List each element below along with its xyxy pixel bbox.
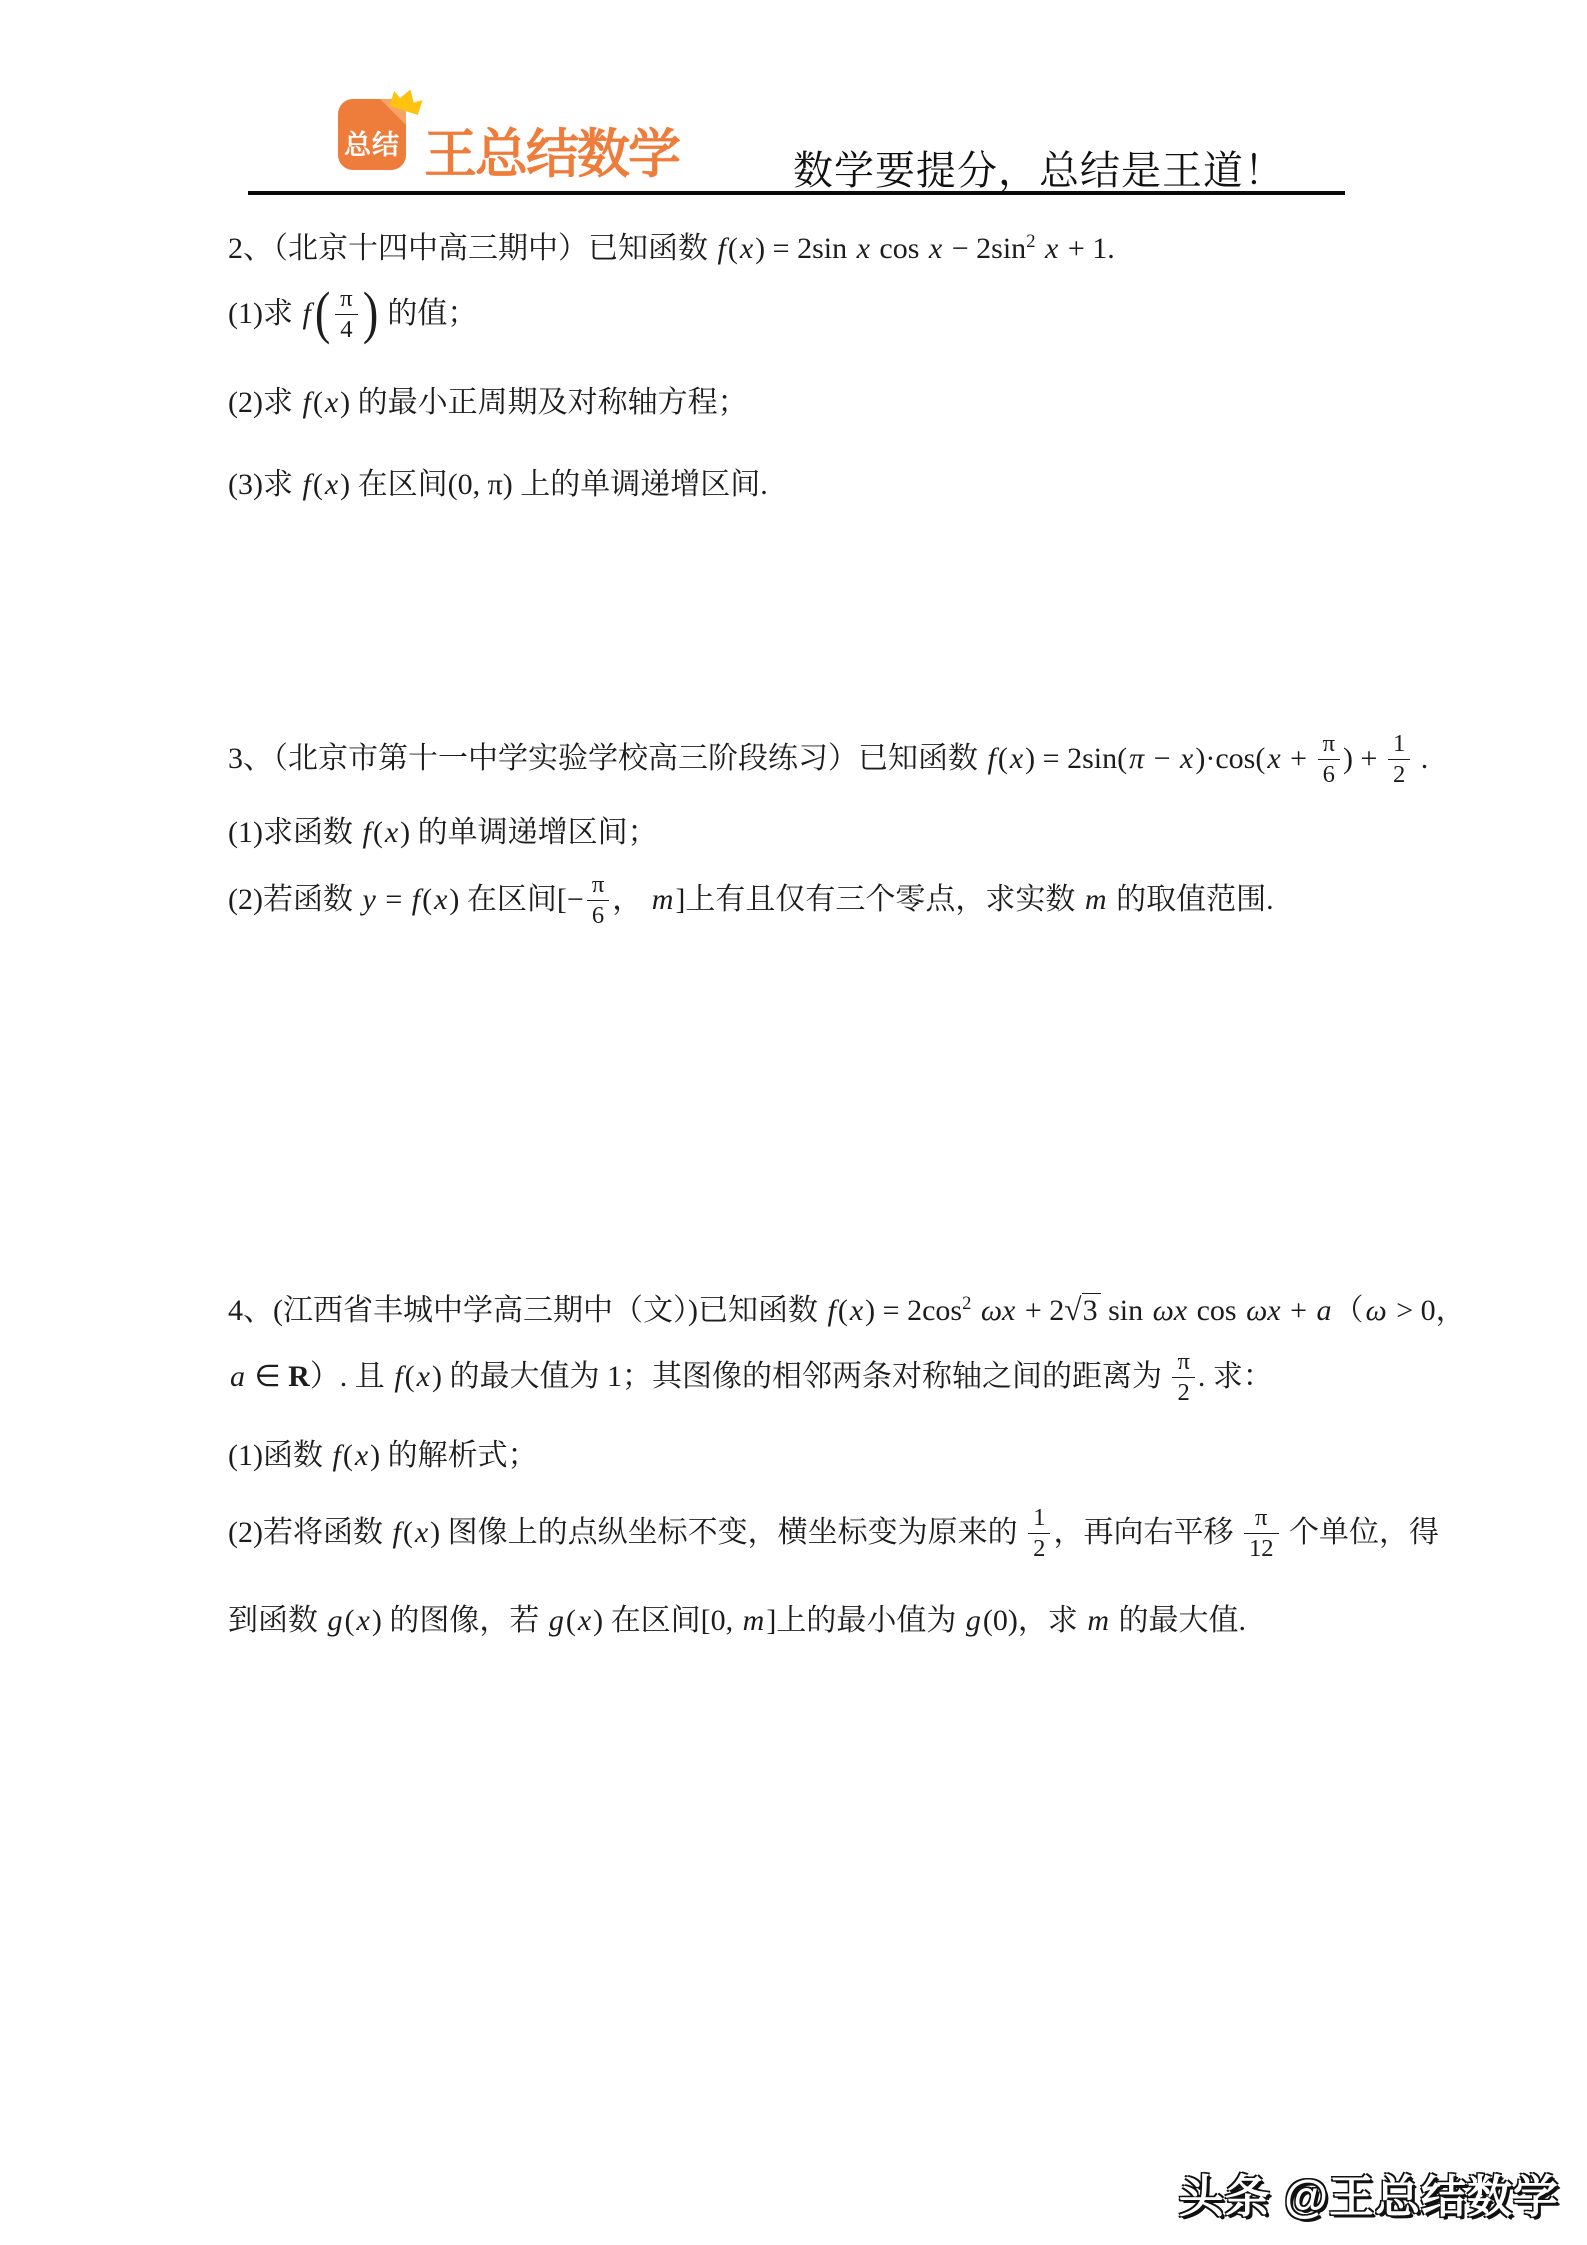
math-token: 12 xyxy=(1028,1504,1050,1562)
math-token: ( xyxy=(403,1516,413,1549)
math-token: 的单调递增区间； xyxy=(410,816,658,849)
problem-2-part-3: (3)求 f(x) 在区间(0, π) 上的单调递增区间. xyxy=(228,465,768,505)
math-token: x xyxy=(738,232,755,265)
math-token: 的最大值. xyxy=(1111,1604,1246,1637)
math-token: ) xyxy=(400,816,410,849)
math-token: 图像上的点纵坐标不变，横坐标变为原来的 xyxy=(440,1516,1025,1549)
math-token: 在区间 xyxy=(603,1604,701,1637)
math-token: ) = 2cos xyxy=(865,1294,962,1327)
math-token: （ xyxy=(1334,1294,1364,1327)
math-token: 2 xyxy=(962,1293,971,1314)
math-token: π4 xyxy=(335,285,357,343)
math-token: x xyxy=(1265,742,1282,775)
math-token: ) xyxy=(340,468,350,501)
problem-2-intro: 2、（北京十四中高三期中）已知函数 f(x) = 2sin x cos x − … xyxy=(228,222,1115,269)
math-token: ωx xyxy=(1151,1294,1190,1327)
math-token: x xyxy=(432,883,449,916)
math-token: ωx xyxy=(979,1294,1018,1327)
math-token: x xyxy=(323,386,340,419)
math-token: [− xyxy=(557,883,584,916)
watermark: 头条 @王总结数学 xyxy=(1179,2160,1559,2225)
badge-text: 总结 xyxy=(338,123,406,162)
math-token: x xyxy=(848,1294,865,1327)
math-token: x xyxy=(1043,232,1060,265)
problem-3-part-2: (2)若函数 y = f(x) 在区间[−π6， m]上有且仅有三个零点，求实数… xyxy=(228,873,1274,931)
math-token: 的取值范围. xyxy=(1109,883,1274,916)
math-token: − xyxy=(1146,742,1178,775)
math-token: (1)求函数 xyxy=(228,816,360,849)
math-token: ( xyxy=(313,386,323,419)
math-token: + 2 xyxy=(1017,1294,1064,1327)
math-token: m xyxy=(1083,883,1109,916)
math-token: 的图像，若 xyxy=(382,1604,547,1637)
math-token: ) xyxy=(363,284,378,342)
math-token: (1)函数 xyxy=(228,1439,330,1472)
math-token: . 求： xyxy=(1198,1360,1273,1393)
math-token: ( xyxy=(566,1604,576,1637)
math-token: ) xyxy=(370,1439,380,1472)
math-token: + xyxy=(1283,1294,1315,1327)
math-token: x xyxy=(855,232,872,265)
math-token: f xyxy=(392,1360,404,1393)
math-token: 12 xyxy=(1388,730,1410,788)
math-token: f xyxy=(986,742,998,775)
math-token: x xyxy=(353,1439,370,1472)
math-token: ) xyxy=(593,1604,603,1637)
math-token xyxy=(971,1294,979,1327)
problem-3-part-1: (1)求函数 f(x) 的单调递增区间； xyxy=(228,813,658,853)
math-token: 的解析式； xyxy=(380,1439,538,1472)
math-token: ωx xyxy=(1244,1294,1283,1327)
math-token: ( xyxy=(728,232,738,265)
math-token: ( xyxy=(345,1604,355,1637)
math-token: 的最大值为 xyxy=(442,1360,607,1393)
math-token: f xyxy=(410,883,422,916)
math-token: f xyxy=(300,386,312,419)
math-token: 2、（北京十四中高三期中）已知函数 xyxy=(228,232,716,265)
math-token xyxy=(1035,232,1043,265)
math-token: x xyxy=(1008,742,1025,775)
math-token: ω xyxy=(1364,1294,1389,1327)
math-token: ) xyxy=(430,1516,440,1549)
math-token: ( xyxy=(422,883,432,916)
math-token: m xyxy=(650,883,676,916)
math-token: cos xyxy=(872,232,927,265)
math-token: m xyxy=(1085,1604,1111,1637)
math-token: x xyxy=(576,1604,593,1637)
math-token: 上的单调递增区间. xyxy=(513,468,768,501)
math-token: ( xyxy=(998,742,1008,775)
math-token: ，再向右平移 xyxy=(1053,1516,1241,1549)
math-token: ( xyxy=(405,1360,415,1393)
math-token: 1 xyxy=(607,1360,622,1393)
problem-2-part-1: (1)求 f(π4) 的值； xyxy=(228,287,477,345)
math-token: (1)求 xyxy=(228,297,300,330)
math-token: f xyxy=(390,1516,402,1549)
problem-4-part-1: (1)函数 f(x) 的解析式； xyxy=(228,1436,538,1476)
math-token: f xyxy=(716,232,728,265)
math-token: ( xyxy=(838,1294,848,1327)
math-token: π12 xyxy=(1244,1504,1279,1562)
math-token: f xyxy=(825,1294,837,1327)
math-token: 的值； xyxy=(380,297,478,330)
math-token: 3、（北京市第十一中学实验学校高三阶段练习）已知函数 xyxy=(228,742,986,775)
problem-4-part-2-line-2: 到函数 g(x) 的图像，若 g(x) 在区间[0, m]上的最小值为 g(0)… xyxy=(228,1601,1246,1641)
math-token: g xyxy=(547,1604,566,1637)
math-token: ) + xyxy=(1343,742,1385,775)
math-token: (0) xyxy=(983,1604,1018,1637)
problem-4-intro-line-1: 4、(江西省丰城中学高三期中（文）)已知函数 f(x) = 2cos2 ωx +… xyxy=(228,1284,1466,1331)
math-token: (2)若将函数 xyxy=(228,1516,390,1549)
math-token: ) xyxy=(340,386,350,419)
math-token: R xyxy=(288,1360,310,1393)
math-token: x xyxy=(413,1516,430,1549)
math-token: sin xyxy=(1101,1294,1151,1327)
math-token: x xyxy=(383,816,400,849)
math-token: ) xyxy=(449,883,459,916)
math-token: (3)求 xyxy=(228,468,300,501)
math-token: ) = 2sin xyxy=(755,232,854,265)
problem-4-part-2-line-1: (2)若将函数 f(x) 图像上的点纵坐标不变，横坐标变为原来的 12，再向右平… xyxy=(228,1506,1439,1564)
math-token: ] xyxy=(766,1604,776,1637)
math-token: (2)求 xyxy=(228,386,300,419)
math-token: ， xyxy=(612,883,650,916)
math-token: x xyxy=(927,232,944,265)
math-token: x xyxy=(323,468,340,501)
math-token: ) xyxy=(372,1604,382,1637)
header-divider xyxy=(248,191,1345,195)
math-token: 个单位，得 xyxy=(1282,1516,1440,1549)
math-token: )·cos( xyxy=(1195,742,1265,775)
math-token: cos xyxy=(1189,1294,1244,1327)
math-token: ， xyxy=(1436,1294,1466,1327)
math-token: − 2sin xyxy=(944,232,1026,265)
math-token: ，求 xyxy=(1018,1604,1086,1637)
math-token: π xyxy=(1127,742,1146,775)
math-token: π6 xyxy=(1318,730,1340,788)
math-token: ）. 且 xyxy=(310,1360,393,1393)
math-token: a xyxy=(228,1360,247,1393)
math-token: x xyxy=(1178,742,1195,775)
math-token: ( xyxy=(313,468,323,501)
math-token: f xyxy=(360,816,372,849)
math-token: g xyxy=(964,1604,983,1637)
math-token: 4、(江西省丰城中学高三期中（文）)已知函数 xyxy=(228,1294,825,1327)
math-token: π6 xyxy=(587,871,609,929)
math-token: f xyxy=(330,1439,342,1472)
math-token: 上的最小值为 xyxy=(776,1604,964,1637)
math-token: ( xyxy=(343,1439,353,1472)
document-page: 总结 王总结数学 数学要提分，总结是王道！ 2、（北京十四中高三期中）已知函数 … xyxy=(0,0,1587,2245)
brand-name: 王总结数学 xyxy=(424,112,679,188)
math-token: ( xyxy=(373,816,383,849)
math-token: = xyxy=(378,883,410,916)
math-token: . xyxy=(1413,742,1428,775)
math-token: m xyxy=(741,1604,767,1637)
math-token: x xyxy=(415,1360,432,1393)
math-token: 的最小正周期及对称轴方程； xyxy=(350,386,748,419)
math-token: 上有且仅有三个零点，求实数 xyxy=(685,883,1083,916)
math-token: [0, xyxy=(701,1604,741,1637)
math-token: + 1. xyxy=(1060,232,1114,265)
math-token: > 0 xyxy=(1389,1294,1436,1327)
math-token: (2)若函数 xyxy=(228,883,360,916)
problem-4-intro-line-2: a ∈ R）. 且 f(x) 的最大值为 1；其图像的相邻两条对称轴之间的距离为… xyxy=(228,1350,1273,1408)
math-token: a xyxy=(1315,1294,1334,1327)
math-token: f xyxy=(300,297,312,330)
math-token: 在区间 xyxy=(459,883,557,916)
math-token: π2 xyxy=(1172,1348,1194,1406)
math-token: (0, π) xyxy=(448,468,513,501)
math-token: 在区间 xyxy=(350,468,448,501)
math-token: √3 xyxy=(1064,1294,1100,1327)
math-token: + xyxy=(1283,742,1315,775)
math-token: ∈ xyxy=(247,1360,288,1393)
math-token: ) xyxy=(432,1360,442,1393)
problem-3-intro: 3、（北京市第十一中学实验学校高三阶段练习）已知函数 f(x) = 2sin(π… xyxy=(228,732,1428,790)
brand-badge-icon: 总结 xyxy=(338,99,406,170)
brand-slogan: 数学要提分，总结是王道！ xyxy=(793,139,1285,196)
math-token: f xyxy=(300,468,312,501)
math-token: ；其图像的相邻两条对称轴之间的距离为 xyxy=(622,1360,1170,1393)
math-token: 到函数 xyxy=(228,1604,326,1637)
math-token: ) = 2sin( xyxy=(1025,742,1127,775)
math-token: x xyxy=(355,1604,372,1637)
math-token: ( xyxy=(315,284,330,342)
problem-2-part-2: (2)求 f(x) 的最小正周期及对称轴方程； xyxy=(228,383,748,423)
math-token: y xyxy=(360,883,377,916)
math-token: ] xyxy=(675,883,685,916)
math-token: g xyxy=(326,1604,345,1637)
